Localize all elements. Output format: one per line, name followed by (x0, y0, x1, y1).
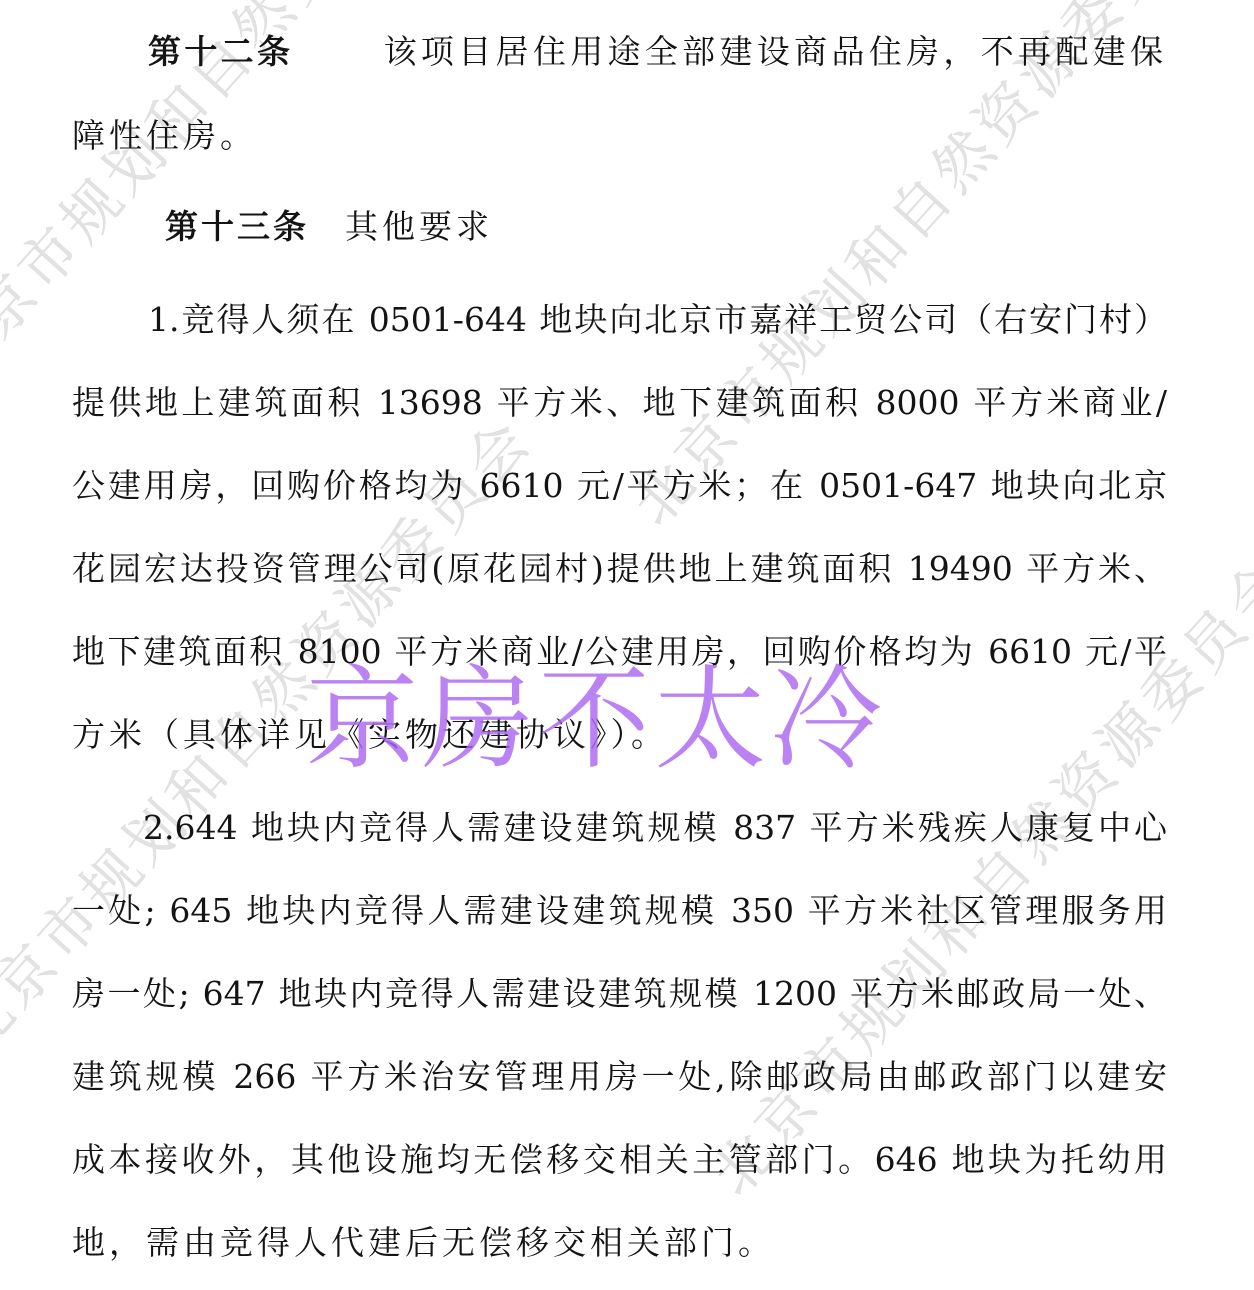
article-12-label: 第十二条 (148, 32, 293, 71)
item-2-line: 2.644 地块内竞得人需建设建筑规模 837 平方米残疾人康复中心 (143, 804, 1167, 852)
item-2-line: 房一处; 647 地块内竞得人需建设建筑规模 1200 平方米邮政局一处、 (72, 970, 1167, 1018)
item-1-line: 公建用房，回购价格均为 6610 元/平方米；在 0501-647 地块向北京 (72, 462, 1167, 510)
item-1-line: 方米（具体详见《实物还建协议》）。 (72, 711, 1167, 759)
article-12-line-1: 第十二条该项目居住用途全部建设商品住房，不再配建保 (148, 28, 1167, 76)
document-page: 北京市规划和自然资源委员会 北京市规划和自然资源委员会 北京市规划和自然资源委员… (0, 0, 1254, 1290)
article-13-heading: 第十三条其他要求 (165, 203, 493, 251)
item-1-line: 提供地上建筑面积 13698 平方米、地下建筑面积 8000 平方米商业/ (72, 379, 1167, 427)
item-2-line: 建筑规模 266 平方米治安管理用房一处,除邮政局由邮政部门以建安 (72, 1053, 1167, 1101)
item-1-line: 地下建筑面积 8100 平方米商业/公建用房，回购价格均为 6610 元/平 (72, 628, 1167, 676)
article-12-text: 该项目居住用途全部建设商品住房，不再配建保 (383, 32, 1167, 71)
article-12-line-2: 障性住房。 (72, 112, 1167, 160)
article-13-label: 第十三条 (165, 207, 309, 246)
article-13-title: 其他要求 (345, 207, 493, 246)
background-watermark: 北京市规划和自然资源委员会 (609, 0, 1228, 540)
item-1-line: 1.竞得人须在 0501-644 地块向北京市嘉祥工贸公司（右安门村） (148, 296, 1167, 344)
item-2-line: 地，需由竞得人代建后无偿移交相关部门。 (72, 1219, 1167, 1267)
item-1-line: 花园宏达投资管理公司(原花园村)提供地上建筑面积 19490 平方米、 (72, 545, 1167, 593)
item-2-line: 成本接收外，其他设施均无偿移交相关主管部门。646 地块为托幼用 (72, 1136, 1167, 1184)
item-2-line: 一处; 645 地块内竞得人需建设建筑规模 350 平方米社区管理服务用 (72, 887, 1167, 935)
